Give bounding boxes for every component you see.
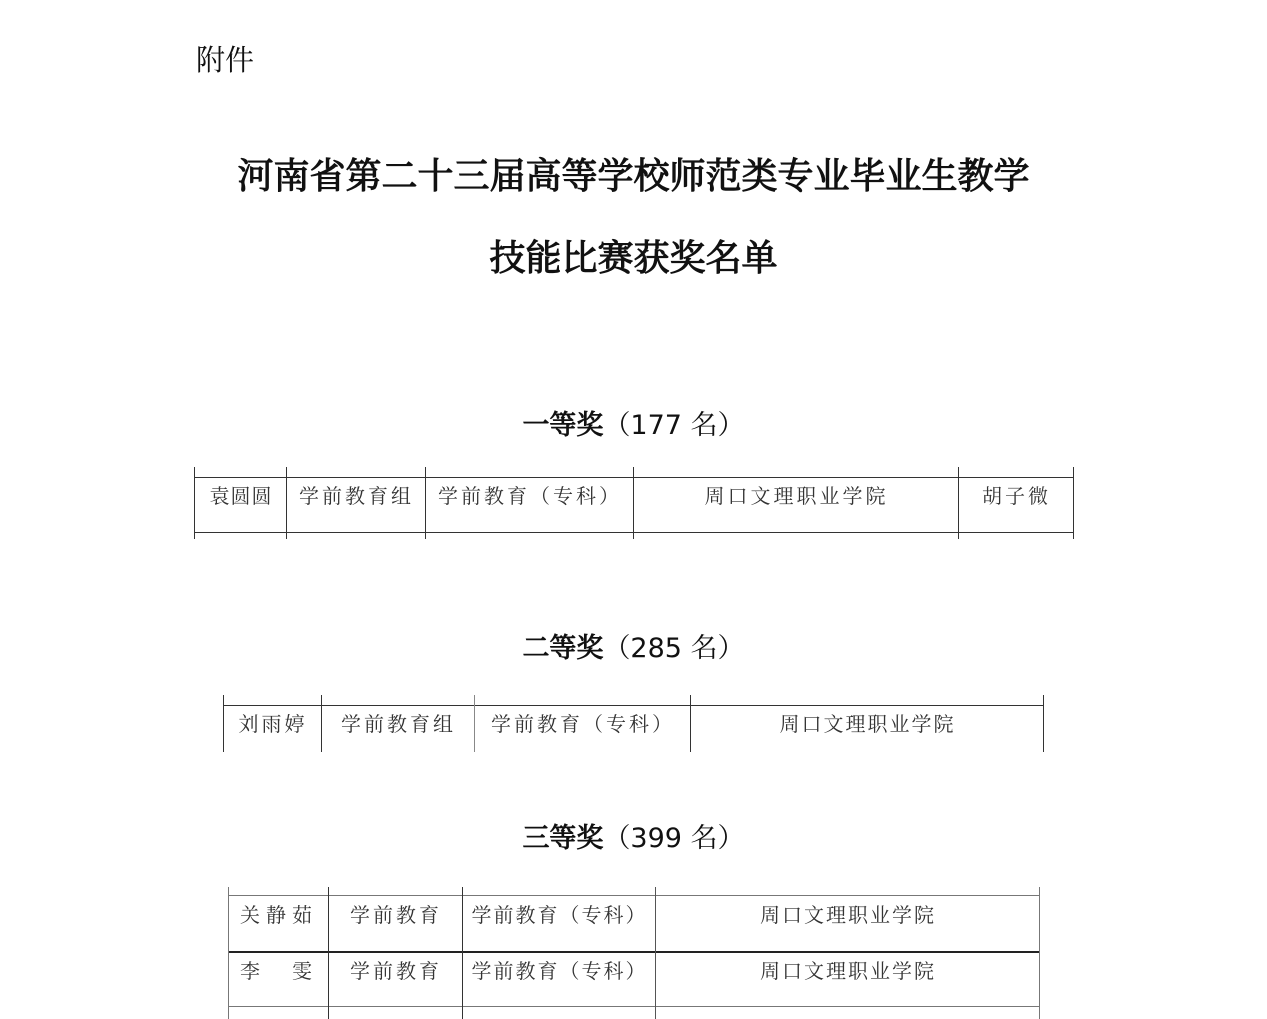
table-rule [223, 705, 1044, 706]
table-divider [425, 467, 426, 539]
winner-name: 刘雨婷 [225, 710, 321, 738]
table-rule [228, 895, 1040, 896]
table-divider [1073, 467, 1074, 539]
table-divider [328, 887, 329, 1019]
table-divider [1043, 695, 1044, 752]
school: 周口文理职业学院 [635, 482, 958, 510]
section-heading-second-prize: 二等奖（285 名） [0, 631, 1267, 667]
table-divider [286, 467, 287, 539]
table-divider [958, 467, 959, 539]
section-count: （177 名） [603, 410, 744, 441]
major: 学前教育（专科） [464, 901, 655, 929]
section-count: （285 名） [603, 633, 744, 664]
table-divider [194, 467, 195, 539]
table-divider [223, 695, 224, 752]
section-title: 一等奖 [522, 410, 603, 441]
section-heading-first-prize: 一等奖（177 名） [0, 408, 1267, 444]
section-heading-third-prize: 三等奖（399 名） [0, 821, 1267, 857]
attachment-label: 附件 [196, 40, 254, 80]
major: 学前教育（专科） [476, 710, 690, 738]
advisor: 胡子微 [960, 482, 1073, 510]
table-divider [1039, 887, 1040, 1019]
table-divider [474, 695, 475, 752]
table-rule [194, 477, 1074, 478]
table-divider [321, 695, 322, 752]
table-rule [194, 532, 1074, 533]
table-divider [690, 695, 691, 752]
school: 周口文理职业学院 [657, 957, 1039, 985]
table-divider [462, 887, 463, 1019]
competition-group: 学前教育组 [288, 482, 425, 510]
document-title-line-2: 技能比赛获奖名单 [0, 232, 1267, 284]
major: 学前教育（专科） [464, 957, 655, 985]
section-title: 三等奖 [522, 823, 603, 854]
table-rule [228, 1006, 1040, 1007]
school: 周口文理职业学院 [657, 901, 1039, 929]
school: 周口文理职业学院 [692, 710, 1043, 738]
document-title-line-1: 河南省第二十三届高等学校师范类专业毕业生教学 [0, 150, 1267, 202]
winner-name: 关静茹 [230, 901, 328, 929]
major: 学前教育（专科） [427, 482, 633, 510]
section-count: （399 名） [603, 823, 744, 854]
section-title: 二等奖 [522, 633, 603, 664]
competition-group: 学前教育组 [323, 710, 474, 738]
winner-name: 袁圆圆 [196, 482, 286, 510]
competition-group: 学前教育 [330, 957, 462, 985]
competition-group: 学前教育 [330, 901, 462, 929]
winner-name: 李 雯 [230, 957, 328, 985]
table-divider [228, 887, 229, 1019]
table-divider [633, 467, 634, 539]
table-divider [655, 887, 656, 1019]
table-rule [228, 951, 1040, 953]
